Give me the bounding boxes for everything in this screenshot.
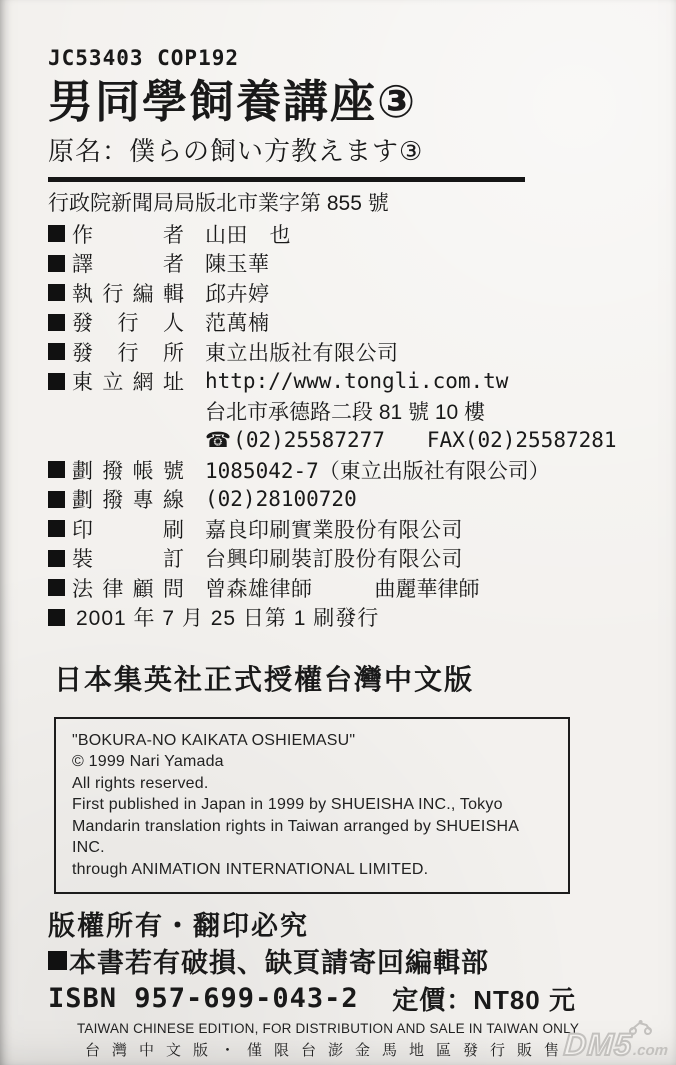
bullet-square (48, 520, 65, 537)
all-rights-reserved-line: 版權所有・翻印必究 (48, 904, 648, 943)
row-label: 東立網址 (72, 366, 184, 396)
binder-name: 台興印刷裝訂股份有限公司 (205, 543, 463, 573)
row-value: 邱卉婷 (205, 278, 270, 308)
edition-notice-chinese: 台灣中文版・僅限台澎金馬地區發行販售 (48, 1039, 608, 1060)
row-value: 陳玉華 (205, 248, 270, 278)
damage-return-line: 本書若有破損、缺頁請寄回編輯部 (48, 943, 648, 978)
row-publisher-person: 發行人 范萬楠 (48, 307, 648, 337)
lawyer-name-1: 曾森雄律師 (205, 573, 313, 603)
row-phone-fax: ☎ (02)25587277 FAX(02)25587281 (48, 425, 648, 455)
bullet-square (48, 314, 65, 331)
damage-return-text: 本書若有破損、缺頁請寄回編輯部 (69, 941, 489, 980)
bullet-square (48, 255, 65, 272)
notice-line: "BOKURA-NO KAIKATA OSHIEMASU" (72, 730, 554, 752)
watermark-text-main: DM5 (562, 1027, 633, 1063)
website-url: http://www.tongli.com.tw (205, 369, 508, 393)
divider-rule (48, 177, 525, 182)
catalog-code: JC53403 COP192 (48, 46, 648, 74)
row-postal-account: 劃撥帳號 1085042-7（東立出版社有限公司） (48, 455, 648, 485)
authorization-line: 日本集英社正式授權台灣中文版 (54, 658, 648, 698)
row-label: 印刷 (72, 514, 184, 544)
row-executive-editor: 執行編輯 邱卉婷 (48, 278, 648, 308)
bullet-square (48, 491, 65, 508)
registration-number: 行政院新聞局局版北市業字第 855 號 (48, 189, 648, 218)
row-publishing-house: 發行所 東立出版社有限公司 (48, 337, 648, 367)
bullet-square (48, 609, 65, 626)
bullet-square (48, 550, 65, 567)
lawyer-name-2: 曲麗華律師 (375, 573, 480, 603)
notice-line: All rights reserved. (72, 773, 554, 795)
bullet-square (48, 951, 67, 970)
isbn-price-row: ISBN 957-699-043-2 定價：NT80 元 (48, 980, 576, 1016)
row-legal-advisors: 法律顧問 曾森雄律師 曲麗華律師 (48, 573, 648, 603)
watermark-text-suffix: .com (632, 1042, 668, 1059)
row-binder: 裝訂 台興印刷裝訂股份有限公司 (48, 543, 648, 573)
copyright-notice-box: "BOKURA-NO KAIKATA OSHIEMASU" © 1999 Nar… (54, 717, 570, 895)
row-label: 執行編輯 (72, 278, 184, 308)
book-title: 男同學飼養講座③ (48, 76, 648, 128)
notice-line: Mandarin translation rights in Taiwan ar… (72, 816, 554, 859)
row-label: 發行人 (72, 307, 184, 337)
row-label: 發行所 (72, 337, 184, 367)
row-label: 劃撥帳號 (72, 455, 184, 485)
postal-account: 1085042-7（東立出版社有限公司） (205, 455, 550, 485)
edition-notice-english: TAIWAN CHINESE EDITION, FOR DISTRIBUTION… (48, 1021, 608, 1036)
row-label: 譯者 (72, 248, 184, 278)
row-printer: 印刷 嘉良印刷實業股份有限公司 (48, 514, 648, 544)
publisher-address: 台北市承德路二段 81 號 10 樓 (205, 396, 485, 426)
bullet-square (48, 225, 65, 242)
bullet-square (48, 461, 65, 478)
rider-icon (625, 1019, 656, 1035)
row-label: 法律顧問 (72, 573, 184, 603)
issue-date: 2001 年 7 月 25 日第 1 刷發行 (76, 602, 379, 632)
price-label: 定價：NT80 元 (392, 980, 576, 1017)
row-label: 裝訂 (72, 543, 184, 573)
dm5-watermark: DM5 .com (562, 1027, 669, 1063)
original-title: 原名：僕らの飼い方教えます③ (48, 131, 648, 168)
bullet-square (48, 284, 65, 301)
row-value: 東立出版社有限公司 (205, 337, 399, 367)
bullet-square (48, 373, 65, 390)
row-postal-hotline: 劃撥專線 (02)28100720 (48, 484, 648, 514)
row-value: 范萬楠 (205, 307, 270, 337)
row-address: 台北市承德路二段 81 號 10 樓 (48, 396, 648, 426)
row-label: 劃撥專線 (72, 484, 184, 514)
isbn-number: ISBN 957-699-043-2 (48, 983, 359, 1014)
postal-hotline: (02)28100720 (205, 487, 357, 511)
notice-line: First published in Japan in 1999 by SHUE… (72, 794, 554, 816)
row-label: 作者 (72, 219, 184, 249)
notice-line: through ANIMATION INTERNATIONAL LIMITED. (72, 859, 554, 881)
row-translator: 譯者 陳玉華 (48, 248, 648, 278)
phone-number: (02)25587277 (233, 428, 385, 452)
row-author: 作者 山田 也 (48, 219, 648, 249)
row-website: 東立網址 http://www.tongli.com.tw (48, 366, 648, 396)
bullet-square (48, 579, 65, 596)
fax-number: FAX(02)25587281 (427, 428, 617, 452)
row-issue-date: 2001 年 7 月 25 日第 1 刷發行 (48, 602, 648, 632)
colophon-page: JC53403 COP192 男同學飼養講座③ 原名：僕らの飼い方教えます③ 行… (0, 0, 676, 1065)
notice-line: © 1999 Nari Yamada (72, 751, 554, 773)
bullet-square (48, 343, 65, 360)
printer-name: 嘉良印刷實業股份有限公司 (205, 514, 463, 544)
telephone-icon: ☎ (205, 428, 231, 452)
colophon-rows: 作者 山田 也 譯者 陳玉華 執行編輯 邱卉婷 發行人 范萬楠 發行所 (48, 219, 648, 632)
row-value: 山田 也 (205, 219, 291, 249)
